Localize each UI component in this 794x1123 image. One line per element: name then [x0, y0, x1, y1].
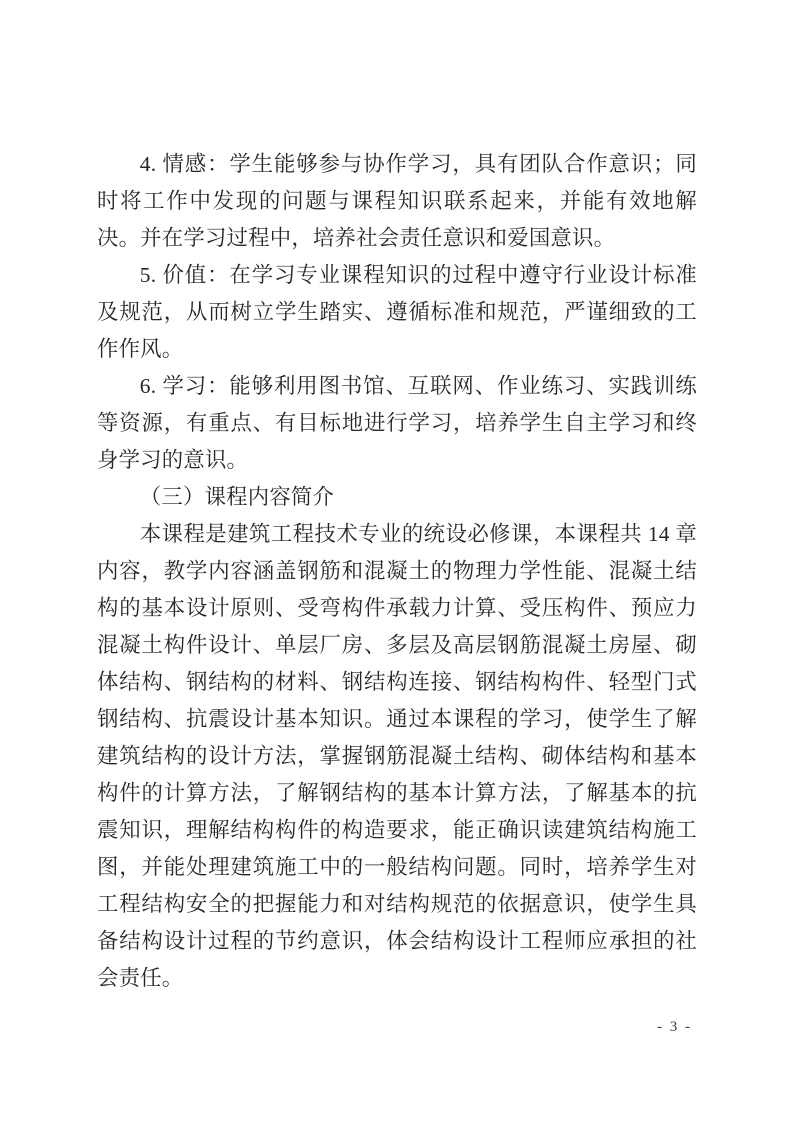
paragraph-value-objective: 5. 价值：在学习专业课程知识的过程中遵守行业设计标准及规范，从而树立学生踏实、… [97, 257, 697, 368]
paragraph-course-introduction: 本课程是建筑工程技术专业的统设必修课，本课程共 14 章内容，教学内容涵盖钢筋和… [97, 516, 697, 997]
document-body: 4. 情感：学生能够参与协作学习，具有团队合作意识；同时将工作中发现的问题与课程… [97, 146, 697, 997]
paragraph-affective-objective: 4. 情感：学生能够参与协作学习，具有团队合作意识；同时将工作中发现的问题与课程… [97, 146, 697, 257]
page-number: - 3 - [657, 1019, 692, 1035]
paragraph-learning-objective: 6. 学习：能够利用图书馆、互联网、作业练习、实践训练等资源，有重点、有目标地进… [97, 368, 697, 479]
document-page: 4. 情感：学生能够参与协作学习，具有团队合作意识；同时将工作中发现的问题与课程… [0, 0, 794, 1123]
section-heading-course-content-intro: （三）课程内容简介 [97, 479, 697, 516]
page-footer: - 3 - [0, 1019, 692, 1036]
